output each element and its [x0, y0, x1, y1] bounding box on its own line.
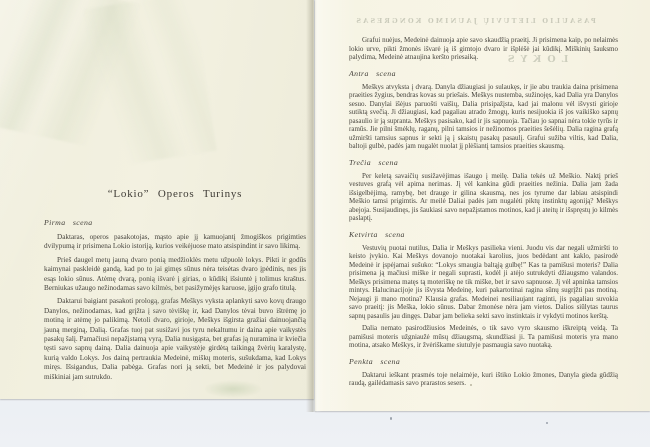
scan-speck: [470, 384, 472, 386]
paragraph: Daktarui baigiant pasakoti prologą, graf…: [44, 297, 306, 382]
bleed-through-texture: [83, 0, 217, 168]
left-page: “Lokio” Operos Turinys Pirma scena Dakta…: [0, 0, 314, 399]
paragraph: Daktaras, operos pasakotojas, mąsto apie…: [44, 233, 306, 252]
scene-heading-penkta: Penkta scena: [349, 357, 618, 366]
right-page: PASAULIO LIETUVIŲ JAUNIMO KONGRESAS LOKY…: [315, 0, 650, 411]
bleed-through-texture: [0, 0, 140, 151]
page-title: “Lokio” Operos Turinys: [44, 188, 306, 200]
paragraph: Meškys atvyksta į dvarą. Danyla džiaugia…: [349, 83, 618, 151]
paragraph: Dalia nemato pasirodžiusios Medeinės, o …: [349, 324, 618, 350]
paragraph: Per keletą savaičių susižavėjimas išaugo…: [349, 172, 618, 223]
scene-heading-ketvirta: Ketvirta scena: [349, 230, 618, 239]
scan-speck: [546, 422, 548, 424]
scanned-spread: “Lokio” Operos Turinys Pirma scena Dakta…: [0, 0, 650, 447]
scene-heading-pirma: Pirma scena: [44, 218, 306, 227]
paragraph: Daktarui ieškant prasmės toje nelaimėje,…: [349, 371, 618, 388]
scene-heading-trecia: Trečia scena: [349, 158, 618, 167]
bleed-through-text: PASAULIO LIETUVIŲ JAUNIMO KONGRESAS: [340, 17, 610, 25]
scene-heading-antra: Antra scena: [349, 69, 618, 78]
paragraph: Vestuvių puotai nutilus, Dalia ir Meškys…: [349, 244, 618, 321]
paragraph: Grafui nuėjus, Medeinė dainuoja apie sav…: [349, 36, 618, 62]
scan-speck: [390, 417, 392, 420]
paragraph: Prieš daugel metų jauną dvaro ponią medž…: [44, 256, 306, 294]
ink-smudge: [205, 381, 261, 397]
